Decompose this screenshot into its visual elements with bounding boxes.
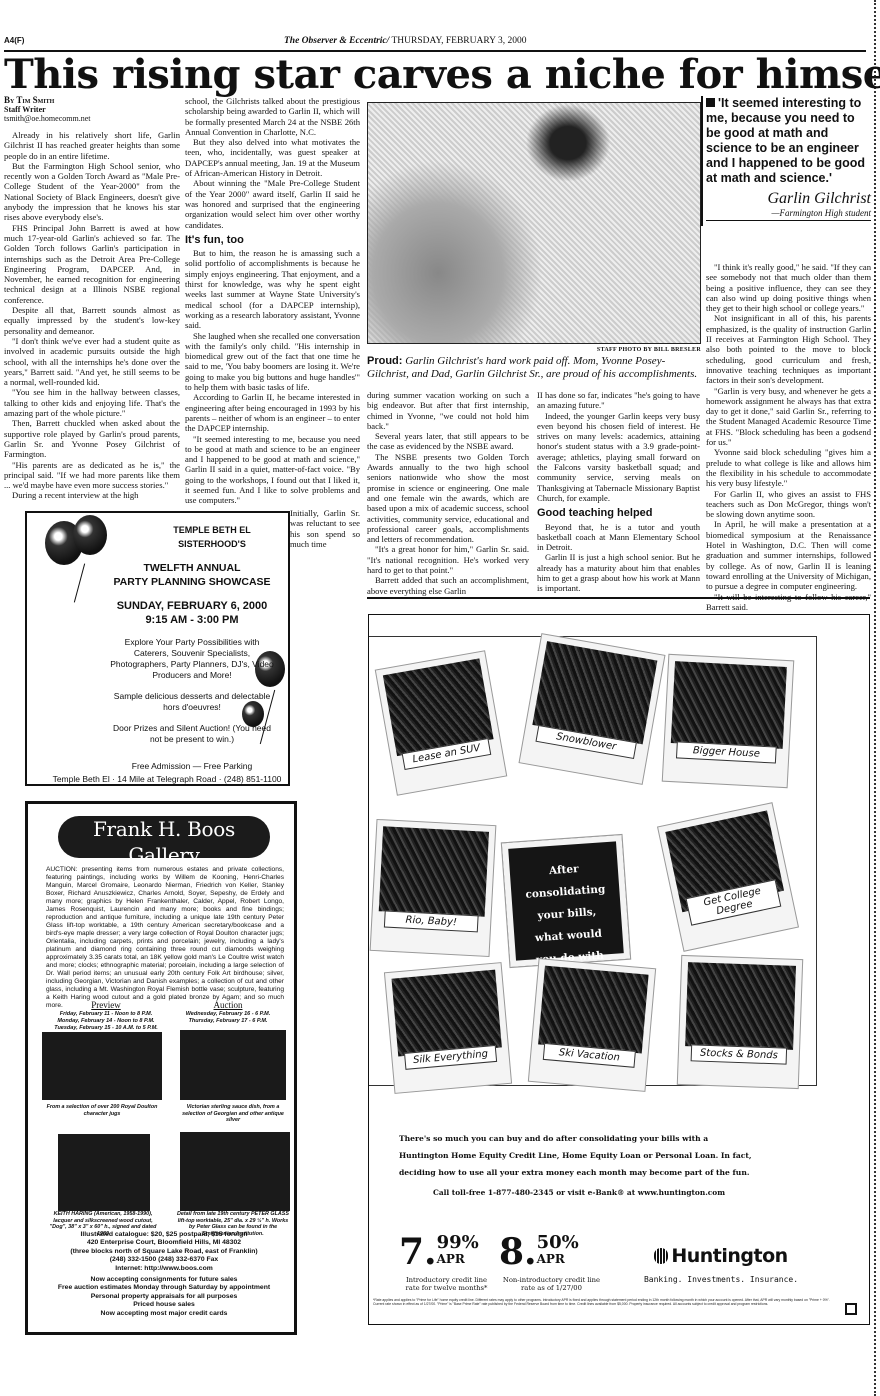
pullquote-text: 'It seemed interesting to me, because yo… [706,96,871,186]
article-column-2: school, the Gilchrists talked about the … [185,96,360,506]
balloon-icon [73,515,107,555]
polaroid-house: Bigger House [662,654,795,788]
caption-lead: Proud: [367,355,402,367]
masthead: The Observer & Eccentric/ THURSDAY, FEBR… [284,36,527,46]
jugs-image [42,1032,162,1100]
article-column-2-tail: Initially, Garlin Sr. was reluctant to s… [290,508,360,549]
headline-card: After consolidating your bills, what wou… [502,835,630,967]
pullquote-rule [701,96,703,226]
paragraph: Indeed, the younger Garlin keeps very bu… [537,411,700,504]
ad-org: TEMPLE BETH ELSISTERHOOD'S [137,523,287,551]
paper-name: The Observer & Eccentric/ [284,36,389,46]
page-number: A4(F) [4,36,24,45]
paragraph: But they also delved into what motivates… [185,137,360,178]
paragraph: In April, he will make a presentation at… [706,519,871,591]
caption-text: Garlin Gilchrist's hard work paid off. M… [367,355,697,380]
paragraph: "His parents are as dedicated as he is,"… [4,460,180,491]
ad-address: Temple Beth El · 14 Mile at Telegraph Ro… [47,774,287,784]
paragraph: About winning the "Male Pre-College Stud… [185,178,360,229]
article-photo [367,102,701,344]
gallery-contact: Illustrated catalogue: $20, $25 postpaid… [38,1231,290,1318]
equal-housing-icon [845,1303,857,1315]
article-column-1: By Tim Smith Staff Writer tsmith@oe.home… [4,96,180,501]
ad-copy: There's so much you can buy and do after… [399,1130,759,1181]
page-edge-dots [874,0,876,1396]
paragraph: "You see him in the hallway between clas… [4,387,180,418]
image-caption: Victorian sterling sauce dish, from a se… [176,1104,290,1124]
gallery-website[interactable]: Internet: http://www.boos.com [38,1265,290,1273]
temple-beth-el-ad: TEMPLE BETH ELSISTERHOOD'S TWELFTH ANNUA… [25,511,290,786]
paragraph: Barrett added that such an accomplishmen… [367,575,529,596]
paragraph: "It will be interesting to follow his ca… [706,592,871,613]
paragraph: For Garlin II, who gives an assist to FH… [706,489,871,520]
byline-role: Staff Writer [4,105,180,114]
paragraph: But to him, the reason he is amassing su… [185,248,360,330]
gallery-banner: Frank H. Boos Gallery AUCTIONEERS & APPR… [58,816,270,858]
sauce-dish-image [180,1030,286,1100]
subhead-fun: It's fun, too [185,235,360,245]
huntington-logo: Huntington Banking. Investments. Insuran… [631,1245,811,1284]
regular-rate: 8. 50%APR Non-introductory credit line r… [499,1234,604,1292]
ad-explore: Explore Your Party Possibilities with Ca… [107,637,277,681]
intro-rate: 7. 99%APR Introductory credit line rate … [399,1234,494,1292]
polaroid-board: Lease an SUV Snowblower Bigger House Rio… [369,636,817,1086]
byline: By Tim Smith Staff Writer tsmith@oe.home… [4,96,180,123]
auction-description: AUCTION: presenting items from numerous … [46,866,284,1010]
polaroid-rio: Rio, Baby! [370,819,497,957]
paragraph: The NSBE presents two Golden Torch Award… [367,452,529,545]
section-rule [367,597,870,599]
ad-free: Free Admission — Free Parking [107,761,277,771]
paragraph: Then, Barrett chuckled when asked about … [4,418,180,459]
photo-caption: Proud: Garlin Gilchrist's hard work paid… [367,355,701,381]
polaroid-degree: Get College Degree [657,802,799,952]
auction-schedule: Auction Wednesday, February 16 - 6 P.M. … [168,1002,288,1025]
preview-schedule: Preview Friday, February 11 - Noon to 8 … [46,1002,166,1032]
article-column-3: during summer vacation working on such a… [367,390,529,596]
paragraph: Not insignificant in all of this, his pa… [706,313,871,385]
ad-sample: Sample delicious desserts and delectable… [107,691,277,713]
polaroid-stocks: Stocks & Bonds [677,955,803,1089]
paragraph: "Garlin is very busy, and whenever he ge… [706,386,871,448]
paragraph: Several years later, that still appears … [367,431,529,452]
brand-tagline: Banking. Investments. Insurance. [631,1275,811,1284]
huntington-mark-icon [654,1248,668,1264]
paragraph: Beyond that, he is a tutor and youth bas… [537,522,700,553]
paragraph: She laughed when she recalled one conver… [185,331,360,393]
ad-call-to-action[interactable]: Call toll-free 1-877-480-2345 or visit e… [399,1188,759,1197]
image-caption: From a selection of over 200 Royal Doult… [42,1104,162,1117]
paragraph: Yvonne said block scheduling "gives him … [706,447,871,488]
paragraph: "I don't think we've ever had a student … [4,336,180,387]
ad-event: TWELFTH ANNUALPARTY PLANNING SHOWCASE [97,561,287,589]
pullquote: 'It seemed interesting to me, because yo… [706,96,871,221]
paragraph: According to Garlin II, he became intere… [185,392,360,433]
polaroid-ski: Ski Vacation [528,958,656,1092]
polaroid-snowblower: Snowblower [518,633,665,785]
subhead-teaching: Good teaching helped [537,508,700,518]
paragraph: Already in his relatively short life, Ga… [4,130,180,161]
folio-line: A4(F) The Observer & Eccentric/ THURSDAY… [4,36,866,48]
byline-author: By Tim Smith [4,96,180,105]
photo-credit: STAFF PHOTO BY BILL BRESLER [560,347,701,353]
bullet-square-icon [706,98,715,107]
ribbon-icon [74,564,85,603]
paragraph: "It seemed interesting to me, because yo… [185,434,360,506]
paragraph: During a recent interview at the high [4,490,180,500]
paragraph: school, the Gilchrists talked about the … [185,96,360,137]
article-column-4: II has done so far, indicates "he's goin… [537,390,700,594]
boos-gallery-ad: Frank H. Boos Gallery AUCTIONEERS & APPR… [25,801,297,1335]
huntington-ad: Lease an SUV Snowblower Bigger House Rio… [368,614,870,1325]
polaroid-silk: Silk Everything [384,962,512,1094]
ad-prizes: Door Prizes and Silent Auction! (You nee… [107,723,277,745]
paragraph: Garlin II is just a high school senior. … [537,552,700,593]
paragraph: II has done so far, indicates "he's goin… [537,390,700,411]
headline: This rising star carves a niche for hims… [4,52,866,98]
paragraph: "I think it's really good," he said. "If… [706,262,871,313]
paragraph: during summer vacation working on such a… [367,390,529,431]
issue-date: THURSDAY, FEBRUARY 3, 2000 [392,36,527,46]
pullquote-role: —Farmington High student [706,208,871,221]
byline-email[interactable]: tsmith@oe.homecomm.net [4,114,180,123]
gallery-name: Frank H. Boos Gallery [58,816,270,868]
fine-print: *Rate applies and applies to "Prime for … [373,1298,833,1306]
paragraph: FHS Principal John Barrett is awed at ho… [4,223,180,305]
article-column-5: "I think it's really good," he said. "If… [706,262,871,612]
paragraph: But the Farmington High School senior, w… [4,161,180,223]
paragraph: Despite all that, Barrett sounds almost … [4,305,180,336]
pullquote-attribution: Garlin Gilchrist [706,190,871,208]
brand-name: Huntington [671,1245,787,1267]
paragraph: "It's a great honor for him," Garlin Sr.… [367,544,529,575]
ad-datetime: SUNDAY, FEBRUARY 6, 20009:15 AM - 3:00 P… [97,599,287,627]
polaroid-suv: Lease an SUV [375,650,508,796]
